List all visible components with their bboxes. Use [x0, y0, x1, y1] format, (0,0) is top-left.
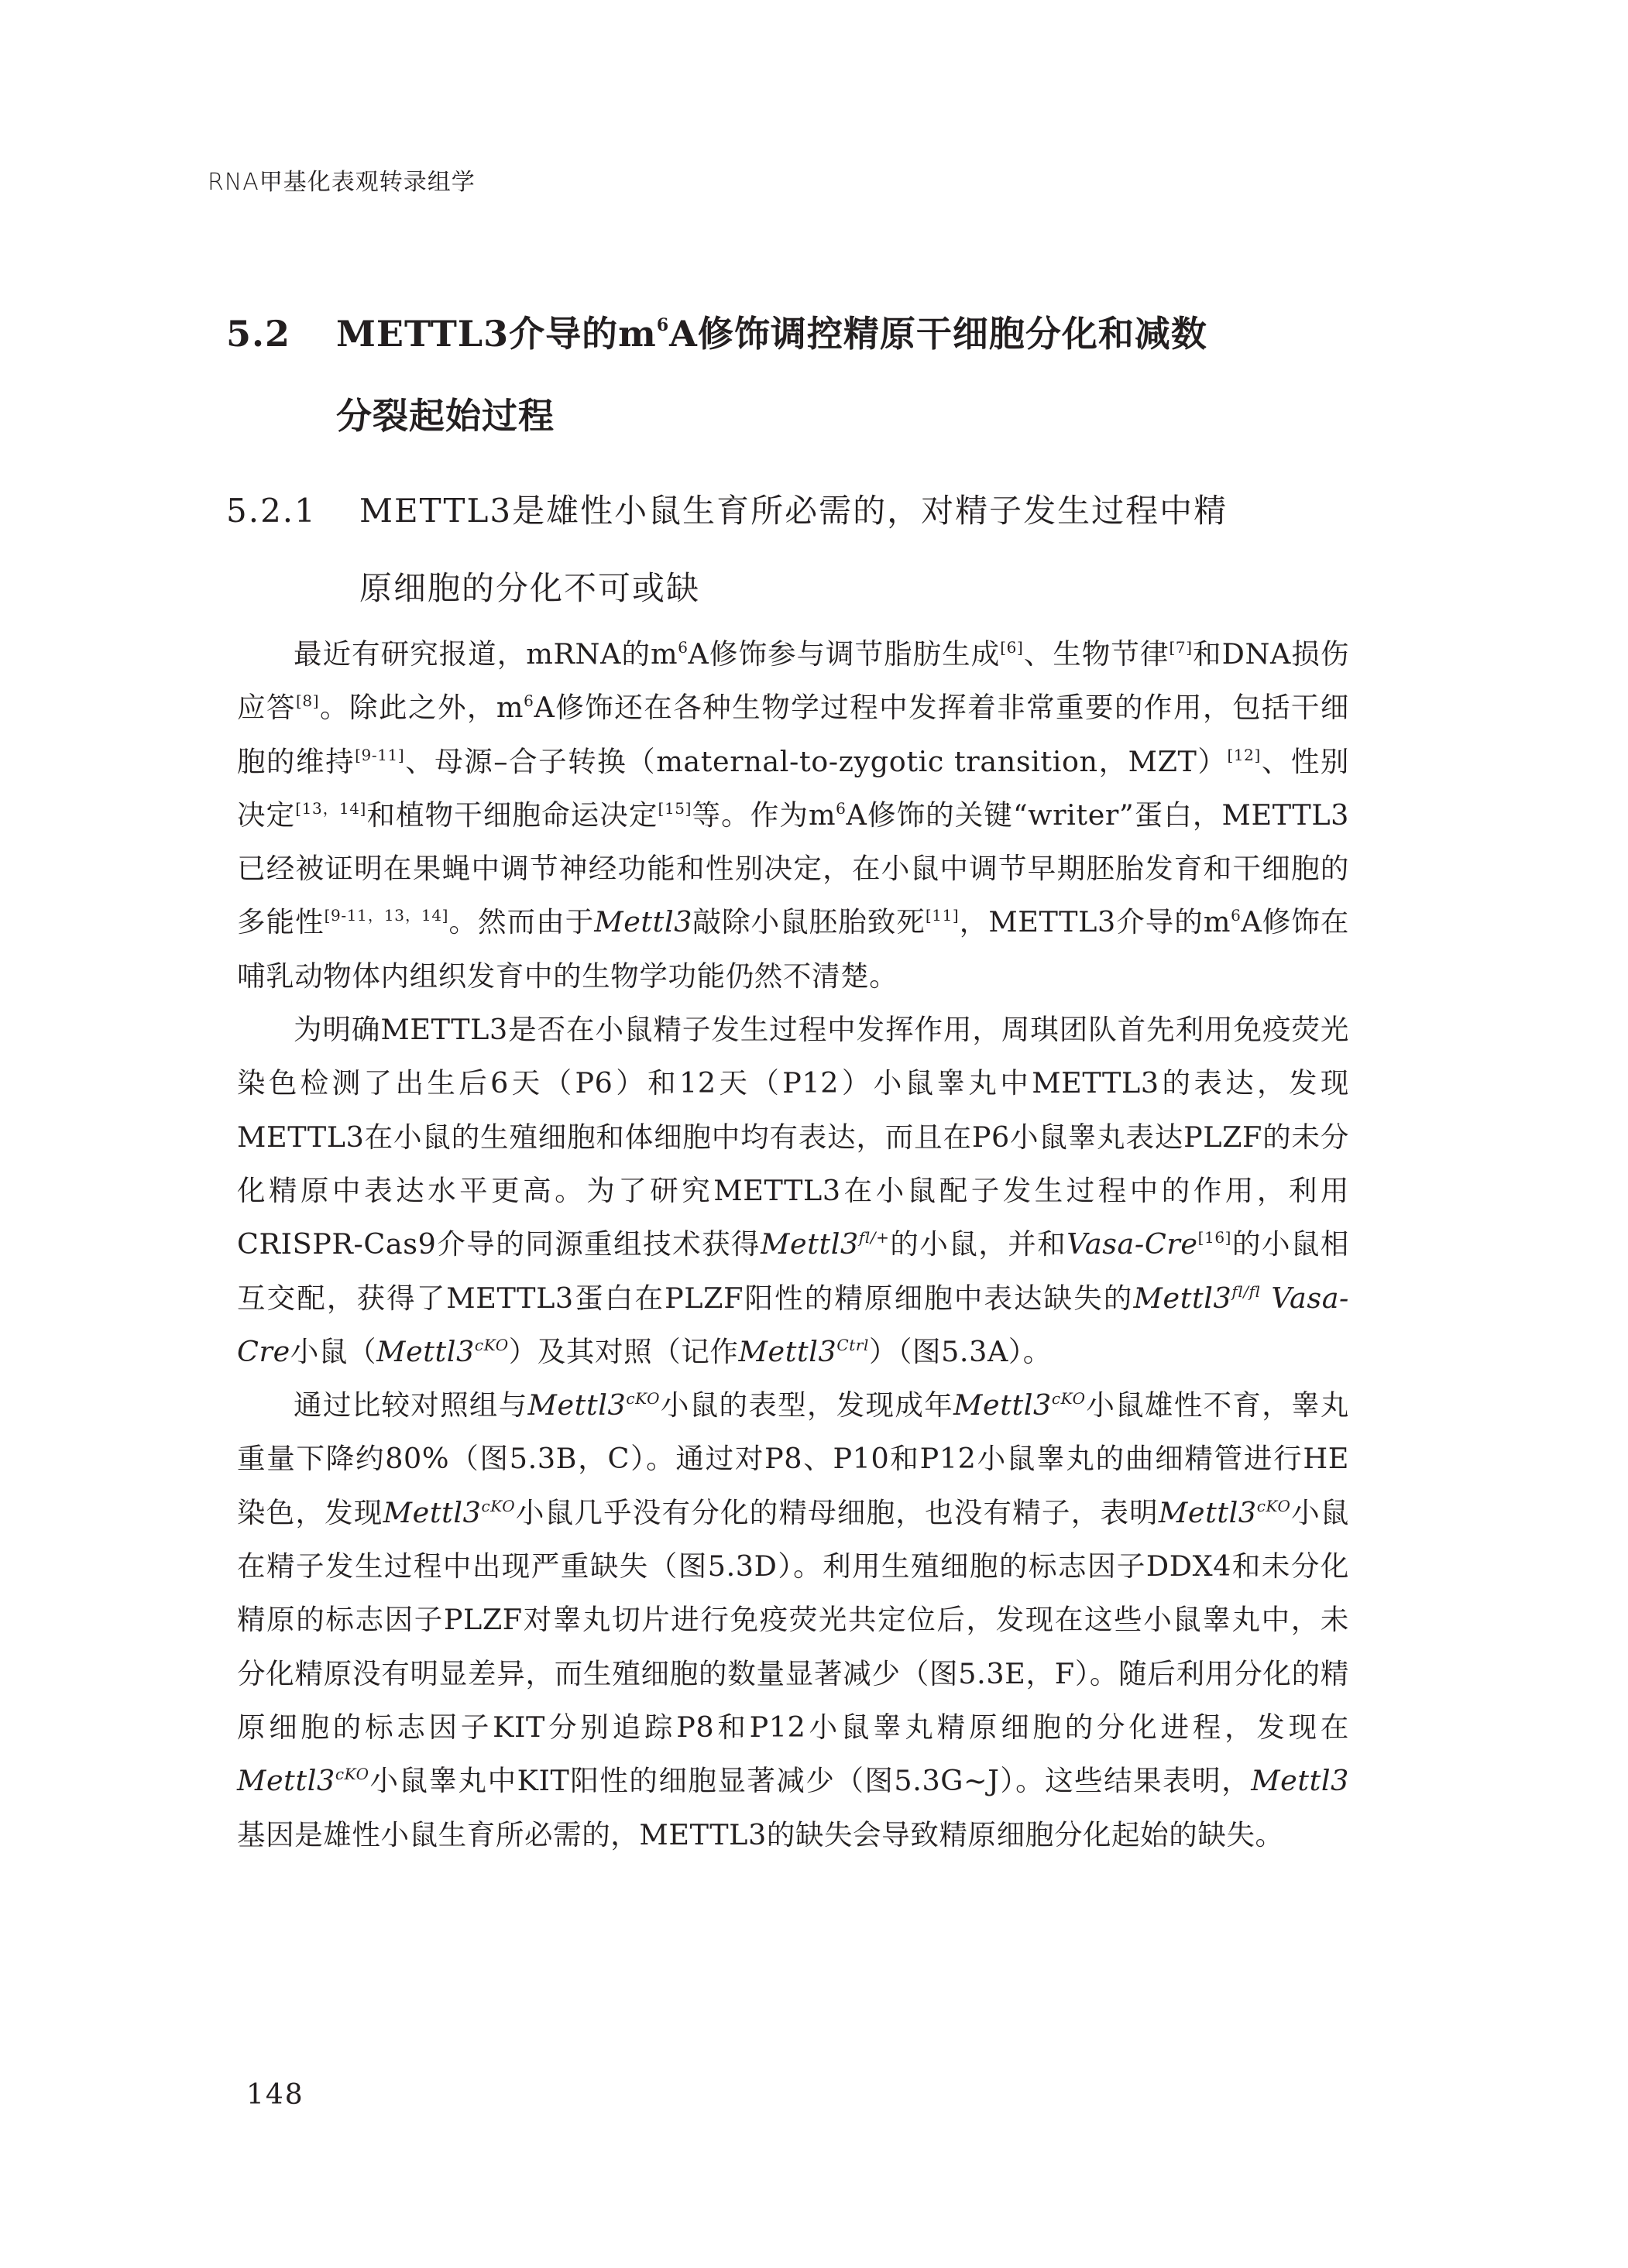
citation-superscript: 6 — [836, 799, 846, 818]
genotype-superscript: cKO — [1052, 1389, 1086, 1408]
genotype-superscript: cKO — [475, 1336, 509, 1354]
section-number: 5.2 — [226, 293, 336, 375]
gene-name: Mettl3 — [383, 1496, 482, 1529]
citation-superscript: [11] — [926, 906, 959, 925]
genotype-superscript: fl/+ — [859, 1228, 890, 1247]
genotype-superscript: cKO — [481, 1497, 515, 1515]
gene-name: Mettl3 — [528, 1388, 627, 1422]
gene-name: Mettl3 — [376, 1335, 475, 1368]
citation-superscript: [6] — [1000, 638, 1023, 657]
body-text: 最近有研究报道，mRNA的m6A修饰参与调节脂肪生成[6]、生物节律[7]和DN… — [237, 627, 1349, 1861]
section-title-sup: 6 — [657, 315, 669, 335]
gene-name: Mettl3 — [953, 1388, 1052, 1422]
genotype-superscript: cKO — [335, 1765, 369, 1783]
gene-name: Mettl3 — [1251, 1764, 1349, 1797]
citation-superscript: [9-11] — [355, 746, 404, 764]
genotype-superscript: cKO — [1257, 1497, 1291, 1515]
subsection-title-line1: METTL3是雄性小鼠生育所必需的，对精子发生过程中精 — [359, 492, 1228, 530]
citation-superscript: [13，14] — [295, 799, 366, 818]
paragraph-1: 最近有研究报道，mRNA的m6A修饰参与调节脂肪生成[6]、生物节律[7]和DN… — [237, 627, 1349, 1003]
citation-superscript: [7] — [1169, 638, 1192, 657]
citation-superscript: [12] — [1227, 746, 1260, 764]
section-title-part1: METTL3介导的m — [336, 313, 657, 355]
gene-name: Mettl3 — [739, 1335, 837, 1368]
subsection-heading: 5.2.1METTL3是雄性小鼠生育所必需的，对精子发生过程中精 原细胞的分化不… — [226, 472, 1357, 627]
running-header: RNA甲基化表观转录组学 — [208, 163, 476, 197]
section-heading: 5.2METTL3介导的m6A修饰调控精原干细胞分化和减数 分裂起始过程 — [226, 293, 1357, 457]
genotype-superscript: fl/fl — [1231, 1282, 1260, 1301]
citation-superscript: 6 — [1231, 906, 1241, 925]
genotype-superscript: cKO — [626, 1389, 660, 1408]
citation-superscript: 6 — [678, 638, 688, 657]
citation-superscript: [8] — [296, 691, 319, 710]
gene-name: Mettl3 — [237, 1764, 335, 1797]
citation-superscript: [9-11，13，14] — [325, 906, 448, 925]
gene-name: Mettl3 — [1159, 1496, 1257, 1529]
citation-superscript: [16] — [1198, 1228, 1231, 1247]
gene-name: Mettl3 — [761, 1227, 859, 1261]
subsection-title-line2: 原细胞的分化不可或缺 — [226, 550, 1357, 627]
gene-name: Mettl3 — [1134, 1282, 1232, 1315]
gene-name: Vasa-Cre — [1066, 1227, 1197, 1261]
paragraph-2: 为明确METTL3是否在小鼠精子发生过程中发挥作用，周琪团队首先利用免疫荧光染色… — [237, 1003, 1349, 1378]
citation-superscript: 6 — [524, 691, 534, 710]
genotype-superscript: Ctrl — [836, 1336, 869, 1354]
gene-name: Mettl3 — [594, 905, 692, 938]
section-title-line2: 分裂起始过程 — [226, 375, 1357, 457]
paragraph-3: 通过比较对照组与Mettl3cKO小鼠的表型，发现成年Mettl3cKO小鼠雄性… — [237, 1378, 1349, 1861]
page-number: 148 — [246, 2079, 304, 2111]
citation-superscript: [15] — [658, 799, 692, 818]
section-title-part2: A修饰调控精原干细胞分化和减数 — [669, 313, 1207, 355]
subsection-number: 5.2.1 — [226, 472, 359, 550]
